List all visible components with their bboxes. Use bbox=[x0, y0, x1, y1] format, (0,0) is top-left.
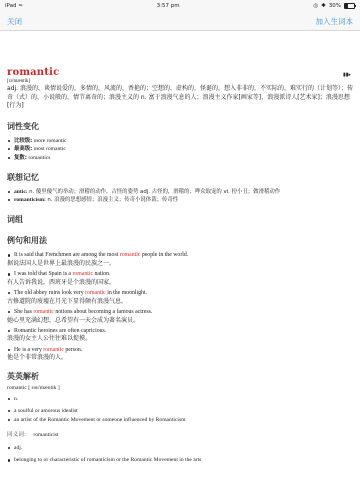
example-translation: 他是个非常浪漫的人。 bbox=[7, 354, 353, 363]
inflection-value: more romantic bbox=[34, 138, 67, 144]
example-text: Romantic heroines are often capricious. bbox=[14, 328, 106, 334]
example-item: He is a very romantic person.他是个非常浪漫的人。 bbox=[7, 346, 353, 363]
example-text: notions about becoming a famous actress. bbox=[54, 309, 152, 315]
inflection-label: 复数: bbox=[14, 155, 27, 161]
example-item: I was told that Spain is a romantic nati… bbox=[7, 270, 353, 287]
list-item: 最高级: most romantic bbox=[7, 145, 353, 153]
synonym-label: 同义词： bbox=[7, 432, 29, 438]
lock-rotation-icon: ◎ bbox=[313, 3, 318, 9]
device-label: iPad bbox=[5, 3, 16, 9]
adj-sense-list: belonging to or characteristic of romant… bbox=[7, 456, 353, 464]
noun-pos-list: n. bbox=[7, 395, 353, 403]
example-item: The old abbey ruins look very romantic i… bbox=[7, 289, 353, 306]
example-text: nation. bbox=[93, 271, 110, 277]
section-title-examples: 例句和用法 bbox=[7, 235, 353, 246]
clock: 3:57 pm bbox=[157, 3, 180, 9]
example-highlight: romantic bbox=[72, 271, 93, 277]
example-highlight: romantic bbox=[33, 309, 54, 315]
headword-row: romantic ▮▮▸ bbox=[7, 67, 353, 78]
close-button[interactable]: 关闭 bbox=[7, 16, 22, 27]
headword: romantic bbox=[7, 67, 59, 78]
status-bar: iPad ≈ 3:57 pm ◎ ✱ 30% bbox=[0, 0, 360, 12]
inflection-label: 最高级: bbox=[14, 146, 32, 152]
inflection-value: most romantic bbox=[34, 146, 66, 152]
synonyms: 同义词：romanticist bbox=[7, 430, 353, 438]
example-highlight: romantic bbox=[120, 252, 141, 258]
example-text: The old abbey ruins look very bbox=[14, 290, 85, 296]
list-item: antic: n. 傻里傻气的举动；滑稽的动作，古怪的姿势 adj. 古怪的，滑… bbox=[7, 188, 353, 196]
inflection-value: romantics bbox=[28, 155, 50, 161]
battery-icon bbox=[344, 3, 355, 9]
example-text: It is said that Frenchmen are among the … bbox=[14, 252, 120, 258]
example-text: He is a very bbox=[14, 347, 43, 353]
example-translation: 据说法国人是世界上最浪漫的民族之一。 bbox=[7, 260, 353, 269]
bluetooth-icon: ✱ bbox=[321, 3, 326, 9]
device-status: iPad ≈ bbox=[5, 3, 23, 9]
example-text: people in the world. bbox=[140, 252, 188, 258]
list-item: romanticism: n. 浪漫的思想感情；浪漫主义；传奇小说体裁；传奇性 bbox=[7, 196, 353, 204]
example-text: I was told that Spain is a bbox=[14, 271, 72, 277]
association-list: antic: n. 傻里傻气的举动；滑稽的动作，古怪的姿势 adj. 古怪的，滑… bbox=[7, 188, 353, 204]
list-item: 比较级: more romantic bbox=[7, 137, 353, 145]
section-title-phrases: 词组 bbox=[7, 214, 353, 225]
association-word: romanticism: bbox=[14, 197, 46, 203]
adj-pos-list: adj. bbox=[7, 444, 353, 452]
dictionary-content: romantic ▮▮▸ [rə'mæntik] adj. 浪漫的，谈情说爱的，… bbox=[0, 67, 360, 465]
inflection-label: 比较级: bbox=[14, 138, 32, 144]
example-translation: 她心里充满幻想，总希望有一天会成为著名演员。 bbox=[7, 317, 353, 326]
definition: adj. 浪漫的，谈情说爱的，多情的，风流的，香艳的；空想的，虚构的，怪诞的，想… bbox=[7, 85, 353, 111]
example-item: Romantic heroines are often capricious.浪… bbox=[7, 327, 353, 344]
example-translation: 有人告诉我说，西班牙是个浪漫的国家。 bbox=[7, 279, 353, 288]
example-text: She has bbox=[14, 309, 33, 315]
example-highlight: romantic bbox=[85, 290, 106, 296]
example-highlight: romantic bbox=[43, 347, 64, 353]
list-item: 复数: romantics bbox=[7, 154, 353, 162]
association-text: n. 傻里傻气的举动；滑稽的动作，古怪的姿势 adj. 古怪的，滑稽的；哗众取宠… bbox=[29, 189, 280, 195]
pos-item: adj. bbox=[7, 444, 353, 452]
wifi-icon: ≈ bbox=[18, 3, 23, 9]
example-translation: 浪漫的女主人公往往难以捉摸。 bbox=[7, 335, 353, 344]
add-to-vocabulary-button[interactable]: 加入生词本 bbox=[316, 16, 354, 27]
example-text: person. bbox=[64, 347, 82, 353]
english-headword: romantic [ rəu'mæntik ] bbox=[7, 385, 353, 391]
inflection-list: 比较级: more romantic 最高级: most romantic 复数… bbox=[7, 137, 353, 162]
status-right: ◎ ✱ 30% bbox=[313, 3, 355, 9]
example-list: It is said that Frenchmen are among the … bbox=[7, 251, 353, 362]
synonym-value: romanticist bbox=[33, 432, 58, 438]
example-item: She has romantic notions about becoming … bbox=[7, 308, 353, 325]
pos-item: n. bbox=[7, 395, 353, 403]
sense-item: belonging to or characteristic of romant… bbox=[7, 456, 353, 464]
association-text: n. 浪漫的思想感情；浪漫主义；传奇小说体裁；传奇性 bbox=[47, 197, 178, 203]
section-title-associations: 联想记忆 bbox=[7, 172, 353, 183]
example-text: in the moonlight. bbox=[106, 290, 147, 296]
section-title-english-definitions: 英英解析 bbox=[7, 371, 353, 382]
example-item: It is said that Frenchmen are among the … bbox=[7, 251, 353, 268]
association-word: antic: bbox=[14, 189, 28, 195]
phonetic: [rə'mæntik] bbox=[7, 79, 353, 84]
speaker-icon[interactable]: ▮▮▸ bbox=[343, 72, 351, 78]
section-title-inflections: 词性变化 bbox=[7, 121, 353, 132]
sense-item: an artist of the Romantic Movement or so… bbox=[7, 416, 353, 424]
nav-bar: 关闭 加入生词本 bbox=[0, 12, 360, 31]
battery-percent: 30% bbox=[329, 3, 341, 9]
sense-item: a soulful or amorous idealist bbox=[7, 407, 353, 415]
noun-sense-list: a soulful or amorous idealist an artist … bbox=[7, 407, 353, 424]
example-translation: 古修道院的废墟在月光下显得颇有浪漫气息。 bbox=[7, 298, 353, 307]
